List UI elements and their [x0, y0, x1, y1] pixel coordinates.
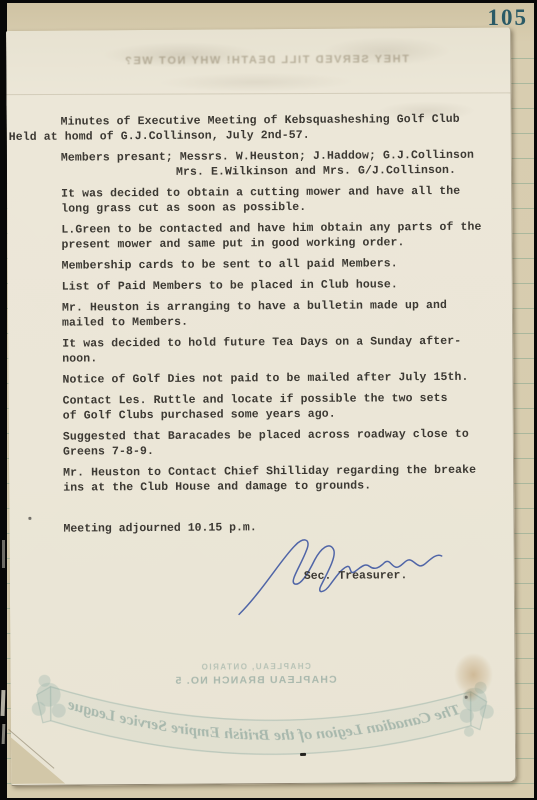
typed-line: noon.	[62, 349, 488, 367]
typed-paragraph: It was decided to hold future Tea Days o…	[62, 334, 488, 367]
ink-speck	[300, 753, 306, 756]
ink-speck	[28, 517, 31, 520]
typed-line: Minutes of Executive Meeting of Kebsquas…	[61, 112, 487, 130]
scanned-document: 105 THEY SERVED TILL DEATH! WHY NOT WE? …	[0, 0, 537, 800]
typed-paragraph: List of Paid Members to be placed in Clu…	[62, 277, 488, 295]
typed-paragraph: Mr. Heuston to Contact Chief Shilliday r…	[63, 463, 489, 496]
pasted-letter-sheet: THEY SERVED TILL DEATH! WHY NOT WE? Minu…	[6, 27, 516, 786]
page-edge-tick	[2, 540, 5, 568]
typed-paragraph: Members presant; Messrs. W.Heuston; J.Ha…	[61, 148, 487, 181]
foxing-stain	[460, 685, 482, 705]
typed-paragraph: Suggested that Baracades be placed acros…	[63, 427, 489, 460]
typed-line: of Golf Clubs purchased some years ago.	[63, 406, 489, 424]
typed-paragraph: Contact Les. Ruttle and locate if possib…	[63, 391, 489, 424]
typed-paragraph: Mr. Heuston is arranging to have a bulle…	[62, 298, 488, 331]
typed-line: Membership cards to be sent to all paid …	[62, 256, 488, 274]
typed-line: Suggested that Baracades be placed acros…	[63, 427, 489, 445]
typed-line: Notice of Golf Dies not paid to be maile…	[62, 370, 488, 388]
typed-line: Contact Les. Ruttle and locate if possib…	[63, 391, 489, 409]
typed-paragraph: It was decided to obtain a cutting mower…	[61, 184, 487, 217]
typed-line: Mr. Heuston to Contact Chief Shilliday r…	[63, 463, 489, 481]
typed-paragraph: Notice of Golf Dies not paid to be maile…	[62, 370, 488, 388]
typed-paragraph: L.Green to be contacted and have him obt…	[61, 220, 487, 253]
ledger-page: 105 THEY SERVED TILL DEATH! WHY NOT WE? …	[7, 3, 534, 798]
typed-line: List of Paid Members to be placed in Clu…	[62, 277, 488, 295]
typed-line: It was decided to obtain a cutting mower…	[61, 184, 487, 202]
typed-line: Mrs. E.Wilkinson and Mrs. G/J.Collinson.	[176, 163, 487, 180]
typed-minutes-body: Minutes of Executive Meeting of Kebsquas…	[9, 112, 490, 502]
legion-banner-bleed: The Canadian Legion of the British Empir…	[28, 662, 499, 783]
page-edge-tick	[1, 690, 6, 716]
typed-paragraph: Membership cards to be sent to all paid …	[62, 256, 488, 274]
typed-line: long grass cut as soon as possible.	[61, 199, 487, 217]
typed-line: present mower and same put in good worki…	[61, 235, 487, 253]
typed-line: It was decided to hold future Tea Days o…	[62, 334, 488, 352]
ink-speck	[465, 696, 468, 699]
typed-line: ins at the Club House and damage to grou…	[63, 478, 489, 496]
motto-bleed-through: THEY SERVED TILL DEATH! WHY NOT WE?	[106, 53, 426, 67]
typed-line: mailed to Members.	[62, 313, 488, 331]
page-edge-tick	[2, 724, 6, 744]
typed-line: Mr. Heuston is arranging to have a bulle…	[62, 298, 488, 316]
typed-line: L.Green to be contacted and have him obt…	[61, 220, 487, 238]
typed-paragraph: Minutes of Executive Meeting of Kebsquas…	[61, 112, 487, 145]
typed-line: Greens 7-8-9.	[63, 442, 489, 460]
typed-line: Held at homd of G.J.Collinson, July 2nd-…	[9, 127, 487, 145]
signature-role: Sec. Treasurer.	[304, 569, 408, 583]
